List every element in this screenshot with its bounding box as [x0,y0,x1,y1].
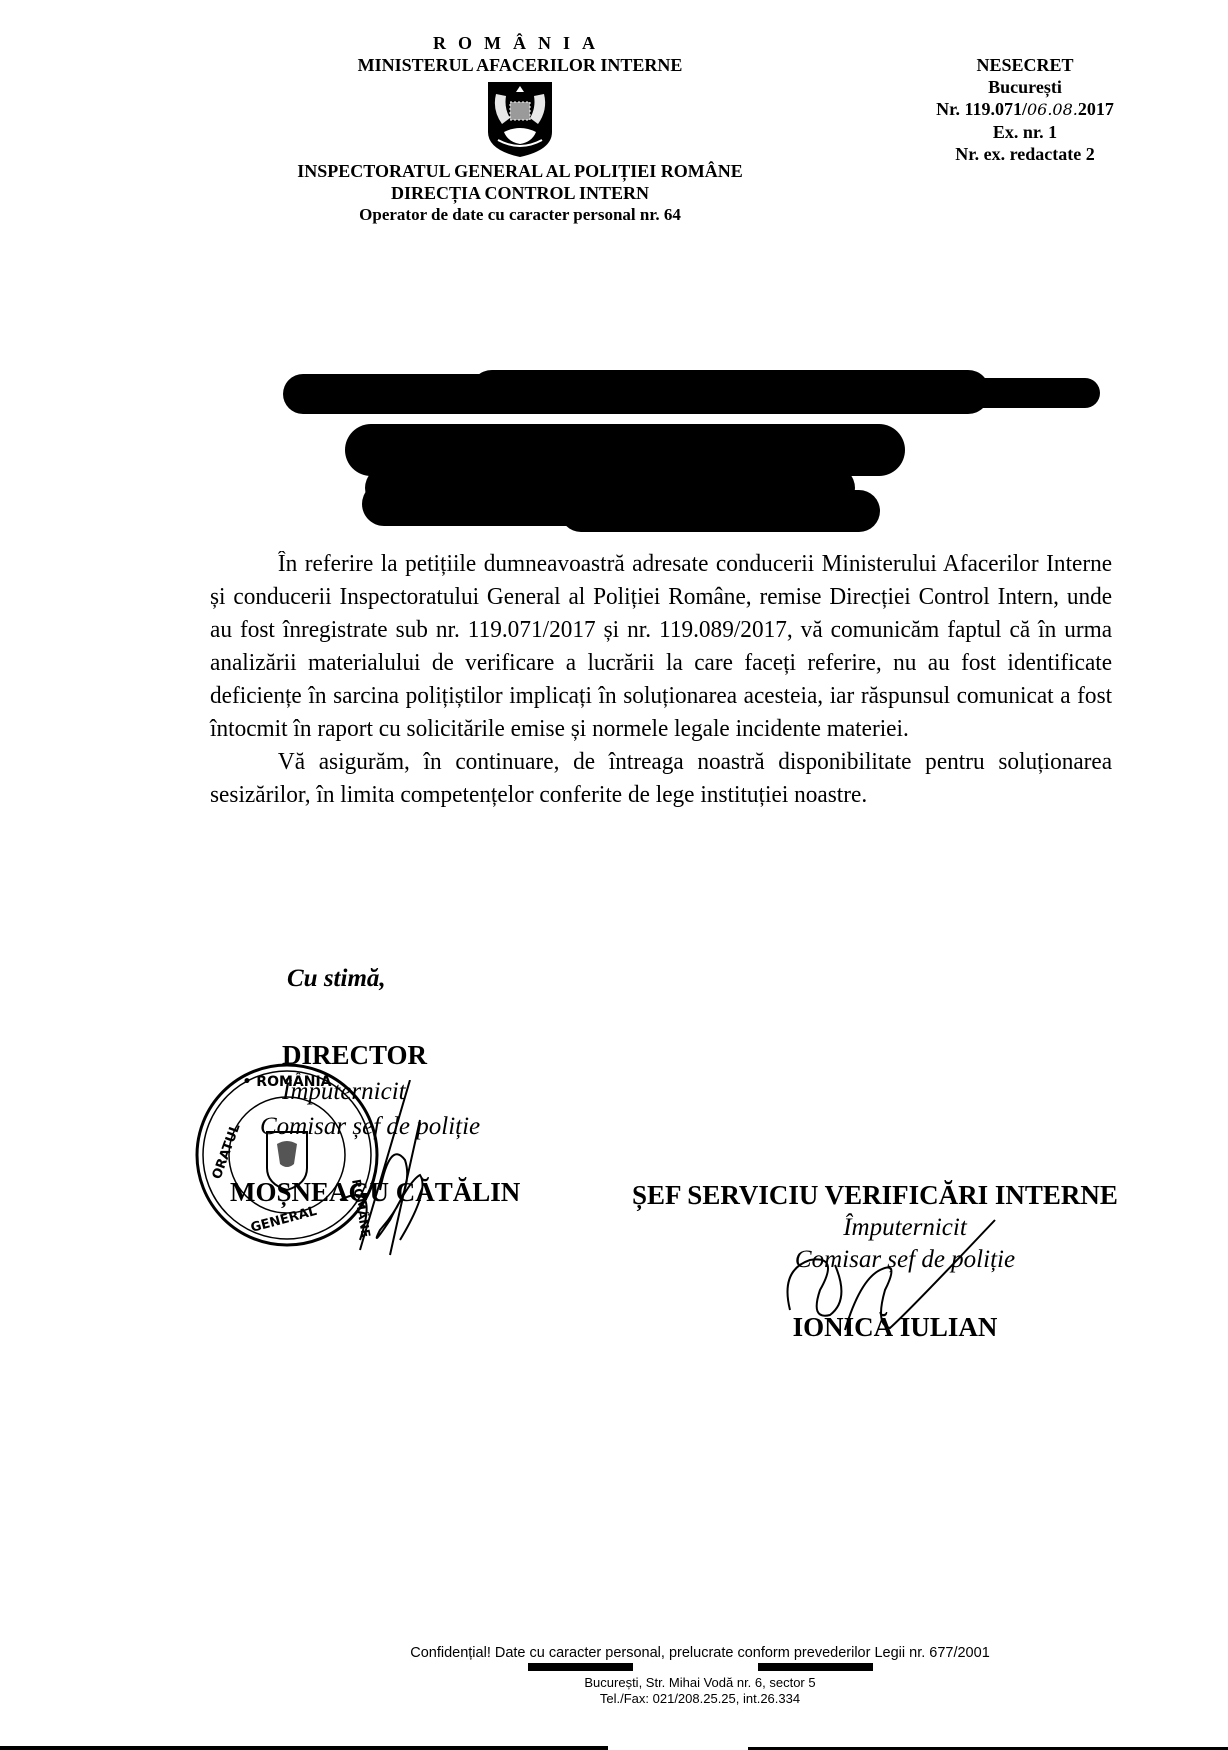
document-registration: NESECRET București Nr. 119.071/06.08.201… [900,54,1150,165]
institution-phone: Tel./Fax: 021/208.25.25, int.26.334 [380,1691,1020,1707]
registration-year: 2017 [1078,99,1114,119]
institution-address: București, Str. Mihai Vodă nr. 6, sector… [380,1675,1020,1691]
body-paragraph: În referire la petițiile dumneavoastră a… [210,548,1112,746]
redaction-mark [470,370,990,414]
romanian-coat-of-arms-icon [482,80,558,158]
redacted-footer-line [528,1663,873,1671]
country-name: ROMÂNIA [240,32,800,54]
registration-number: Nr. 119.071/06.08.2017 [900,98,1150,121]
scan-edge-line [0,1746,608,1750]
page-footer: Confidențial! Date cu caracter personal,… [380,1644,1020,1707]
confidentiality-notice: Confidențial! Date cu caracter personal,… [380,1644,1020,1662]
ministry-name: MINISTERUL AFACERILOR INTERNE [240,54,800,76]
inspectorate-name: INSPECTORATUL GENERAL AL POLIȚIEI ROMÂNE [200,160,840,182]
copies-drafted: Nr. ex. redactate 2 [900,143,1150,165]
copy-number: Ex. nr. 1 [900,121,1150,143]
registration-number-prefix: Nr. 119.071/ [936,99,1027,119]
svg-text:ORATUL: ORATUL [210,1122,244,1181]
directorate-name: DIRECȚIA CONTROL INTERN [240,182,800,204]
city-label: București [900,76,1150,98]
letterhead: ROMÂNIA MINISTERUL AFACERILOR INTERNE IN… [240,32,800,226]
body-paragraph: Vă asigurăm, în continuare, de întreaga … [210,746,1112,812]
svg-text:GENERAL: GENERAL [249,1204,318,1236]
handwritten-signature-icon [770,1210,1000,1340]
data-operator-number: Operator de date cu caracter personal nr… [240,204,800,226]
handwritten-signature-icon [320,1080,500,1260]
signatory-title: DIRECTOR [282,1040,427,1071]
signatory-title: ȘEF SERVICIU VERIFICĂRI INTERNE [595,1178,1155,1212]
letter-body: În referire la petițiile dumneavoastră a… [210,548,1112,812]
handwritten-date: 06.08. [1027,100,1078,119]
classification-label: NESECRET [900,54,1150,76]
redaction-mark [560,490,880,532]
redaction-mark [950,378,1100,408]
closing-salutation: Cu stimă, [287,965,386,993]
